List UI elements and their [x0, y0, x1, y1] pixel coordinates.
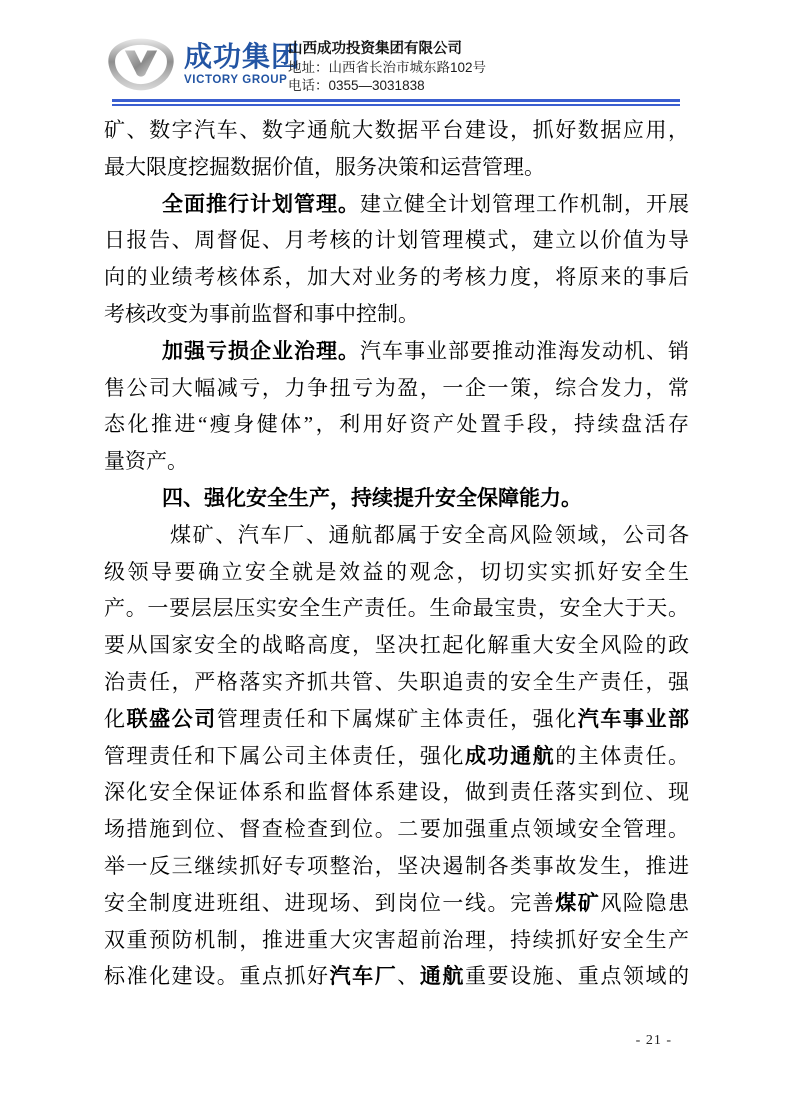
text-line: 管理责任和下属公司主体责任，强化成功通航的主体责任。 — [104, 738, 689, 775]
brand-block: 成功集团 VICTORY GROUP — [184, 42, 294, 86]
text-run: 标准化建设。重点抓好 — [104, 964, 330, 988]
text-run: 场措施到位、督查检查到位。二要加强重点领域安全管理。 — [104, 817, 689, 841]
text-run: 重要设施、重点领域的 — [465, 964, 689, 988]
company-phone: 电话：0355—3031838 — [288, 77, 486, 95]
bold-text-run: 汽车厂 — [330, 964, 398, 988]
text-run: 深化安全保证体系和监督体系建设，做到责任落实到位、现 — [104, 780, 689, 804]
text-run: 级领导要确立安全就是效益的观念，切切实实抓好安全生 — [104, 560, 689, 584]
text-line: 日报告、周督促、月考核的计划管理模式，建立以价值为导 — [104, 222, 689, 259]
text-run: 要从国家安全的战略高度，坚决扛起化解重大安全风险的政 — [104, 633, 689, 657]
text-line: 四、强化安全生产，持续提升安全保障能力。 — [104, 480, 689, 517]
text-run: 量资产。 — [104, 449, 188, 473]
text-run: 建立健全计划管理工作机制，开展 — [360, 192, 689, 216]
page-number: - 21 - — [636, 1033, 672, 1049]
bold-text-run: 汽车事业部 — [578, 707, 689, 731]
bold-text-run: 成功通航 — [465, 744, 555, 768]
text-run: 管理责任和下属公司主体责任，强化 — [104, 744, 465, 768]
text-line: 态化推进“瘦身健体”，利用好资产处置手段，持续盘活存 — [104, 406, 689, 443]
text-line: 举一反三继续抓好专项整治，坚决遏制各类事故发生，推进 — [104, 848, 689, 885]
text-line: 加强亏损企业治理。汽车事业部要推动淮海发动机、销 — [104, 333, 689, 370]
document-body: 矿、数字汽车、数字通航大数据平台建设，抓好数据应用，最大限度挖掘数据价值，服务决… — [104, 112, 689, 995]
text-run: 管理责任和下属煤矿主体责任，强化 — [217, 707, 578, 731]
header-double-rule — [112, 99, 680, 106]
text-run: 风险隐患 — [600, 891, 689, 915]
text-run: 治责任，严格落实齐抓共管、失职追责的安全生产责任，强 — [104, 670, 689, 694]
text-line: 最大限度挖掘数据价值，服务决策和运营管理。 — [104, 149, 689, 186]
text-run: 煤矿、汽车厂、通航都属于安全高风险领域，公司各 — [170, 523, 689, 547]
bold-text-run: 加强亏损企业治理。 — [162, 339, 360, 363]
text-line: 煤矿、汽车厂、通航都属于安全高风险领域，公司各 — [104, 517, 689, 554]
text-line: 售公司大幅减亏，力争扭亏为盈，一企一策，综合发力，常 — [104, 370, 689, 407]
text-line: 产。一要层层压实安全生产责任。生命最宝贵，安全大于天。 — [104, 590, 689, 627]
text-run: 双重预防机制，推进重大灾害超前治理，持续抓好安全生产 — [104, 928, 689, 952]
text-run: 考核改变为事前监督和事中控制。 — [104, 302, 419, 326]
text-line: 全面推行计划管理。建立健全计划管理工作机制，开展 — [104, 186, 689, 223]
bold-text-run: 联盛公司 — [127, 707, 217, 731]
company-address: 地址：山西省长治市城东路102号 — [288, 59, 486, 77]
text-run: 售公司大幅减亏，力争扭亏为盈，一企一策，综合发力，常 — [104, 376, 689, 400]
text-line: 双重预防机制，推进重大灾害超前治理，持续抓好安全生产 — [104, 922, 689, 959]
text-run: 化 — [104, 707, 127, 731]
bold-text-run: 全面推行计划管理。 — [162, 192, 360, 216]
letterhead: 成功集团 VICTORY GROUP 山西成功投资集团有限公司 地址：山西省长治… — [0, 0, 790, 110]
text-run: 产。一要层层压实安全生产责任。生命最宝贵，安全大于天。 — [104, 596, 689, 620]
text-run: 安全制度进班组、进现场、到岗位一线。完善 — [104, 891, 555, 915]
text-line: 治责任，严格落实齐抓共管、失职追责的安全生产责任，强 — [104, 664, 689, 701]
text-line: 向的业绩考核体系，加大对业务的考核力度，将原来的事后 — [104, 259, 689, 296]
text-run: 汽车事业部要推动淮海发动机、销 — [360, 339, 689, 363]
text-line: 级领导要确立安全就是效益的观念，切切实实抓好安全生 — [104, 554, 689, 591]
text-line: 考核改变为事前监督和事中控制。 — [104, 296, 689, 333]
text-line: 要从国家安全的战略高度，坚决扛起化解重大安全风险的政 — [104, 627, 689, 664]
text-run: 、 — [397, 964, 420, 988]
text-run: 态化推进“瘦身健体”，利用好资产处置手段，持续盘活存 — [104, 412, 689, 436]
text-line: 安全制度进班组、进现场、到岗位一线。完善煤矿风险隐患 — [104, 885, 689, 922]
bold-text-run: 四、强化安全生产，持续提升安全保障能力。 — [162, 486, 582, 510]
text-line: 场措施到位、督查检查到位。二要加强重点领域安全管理。 — [104, 811, 689, 848]
text-run: 举一反三继续抓好专项整治，坚决遏制各类事故发生，推进 — [104, 854, 689, 878]
text-line: 标准化建设。重点抓好汽车厂、通航重要设施、重点领域的 — [104, 958, 689, 995]
brand-chinese-name: 成功集团 — [184, 42, 294, 72]
text-run: 向的业绩考核体系，加大对业务的考核力度，将原来的事后 — [104, 265, 689, 289]
bold-text-run: 煤矿 — [555, 891, 600, 915]
text-line: 深化安全保证体系和监督体系建设，做到责任落实到位、现 — [104, 774, 689, 811]
text-run: 的主体责任。 — [555, 744, 689, 768]
company-info: 山西成功投资集团有限公司 地址：山西省长治市城东路102号 电话：0355—30… — [288, 40, 486, 94]
text-line: 化联盛公司管理责任和下属煤矿主体责任，强化汽车事业部 — [104, 701, 689, 738]
text-run: 最大限度挖掘数据价值，服务决策和运营管理。 — [104, 155, 545, 179]
brand-english-name: VICTORY GROUP — [184, 74, 294, 86]
text-run: 日报告、周督促、月考核的计划管理模式，建立以价值为导 — [104, 228, 689, 252]
bold-text-run: 通航 — [420, 964, 465, 988]
document-page: 成功集团 VICTORY GROUP 山西成功投资集团有限公司 地址：山西省长治… — [0, 0, 790, 1118]
text-line: 矿、数字汽车、数字通航大数据平台建设，抓好数据应用， — [104, 112, 689, 149]
v-emblem-icon — [106, 37, 176, 92]
company-name: 山西成功投资集团有限公司 — [288, 40, 486, 59]
text-line: 量资产。 — [104, 443, 689, 480]
text-run: 矿、数字汽车、数字通航大数据平台建设，抓好数据应用， — [104, 118, 689, 142]
